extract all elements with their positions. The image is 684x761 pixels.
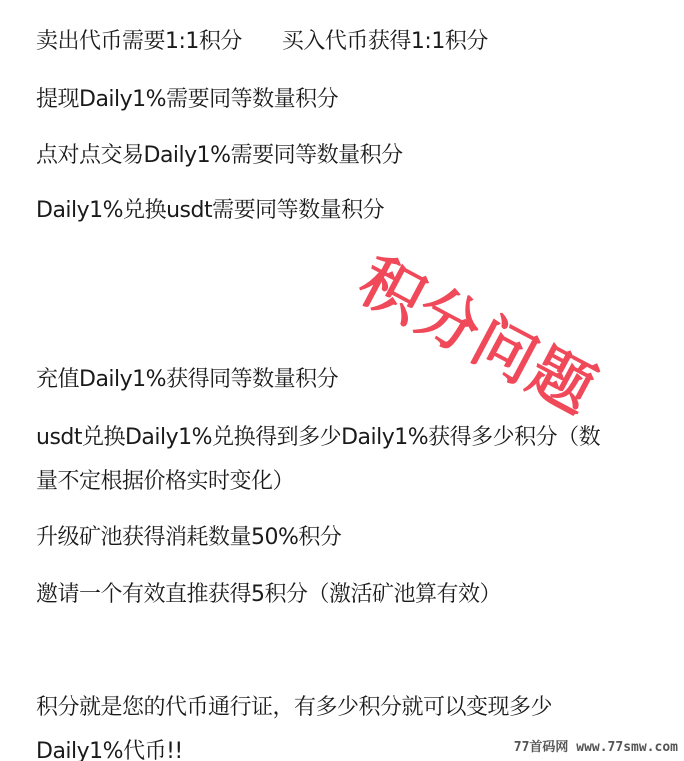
rule-exchange-usdt: Daily1%兑换usdt需要同等数量积分 bbox=[36, 197, 384, 225]
rule-sell-buy: 卖出代币需要1:1积分买入代币获得1:1积分 bbox=[36, 28, 488, 56]
watermark: 77首码网 www.77smw.com bbox=[514, 736, 678, 755]
summary-line-2: Daily1%代币!! bbox=[36, 738, 183, 761]
rule-buy: 买入代币获得1:1积分 bbox=[282, 29, 488, 54]
rule-invite: 邀请一个有效直推获得5积分（激活矿池算有效） bbox=[36, 581, 501, 609]
stamp-title: 积分问题 bbox=[346, 232, 614, 431]
summary-line-1: 积分就是您的代币通行证，有多少积分就可以变现多少 bbox=[36, 694, 552, 722]
rule-usdt-exchange: usdt兑换Daily1%兑换得到多少Daily1%获得多少积分（数 bbox=[36, 424, 600, 452]
rule-sell: 卖出代币需要1:1积分 bbox=[36, 29, 242, 54]
rule-p2p: 点对点交易Daily1%需要同等数量积分 bbox=[36, 142, 403, 170]
rule-deposit: 充值Daily1%获得同等数量积分 bbox=[36, 366, 338, 394]
rule-upgrade-pool: 升级矿池获得消耗数量50%积分 bbox=[36, 524, 341, 552]
rule-usdt-exchange-cont: 量不定根据价格实时变化） bbox=[36, 468, 294, 496]
rule-withdraw: 提现Daily1%需要同等数量积分 bbox=[36, 86, 338, 114]
